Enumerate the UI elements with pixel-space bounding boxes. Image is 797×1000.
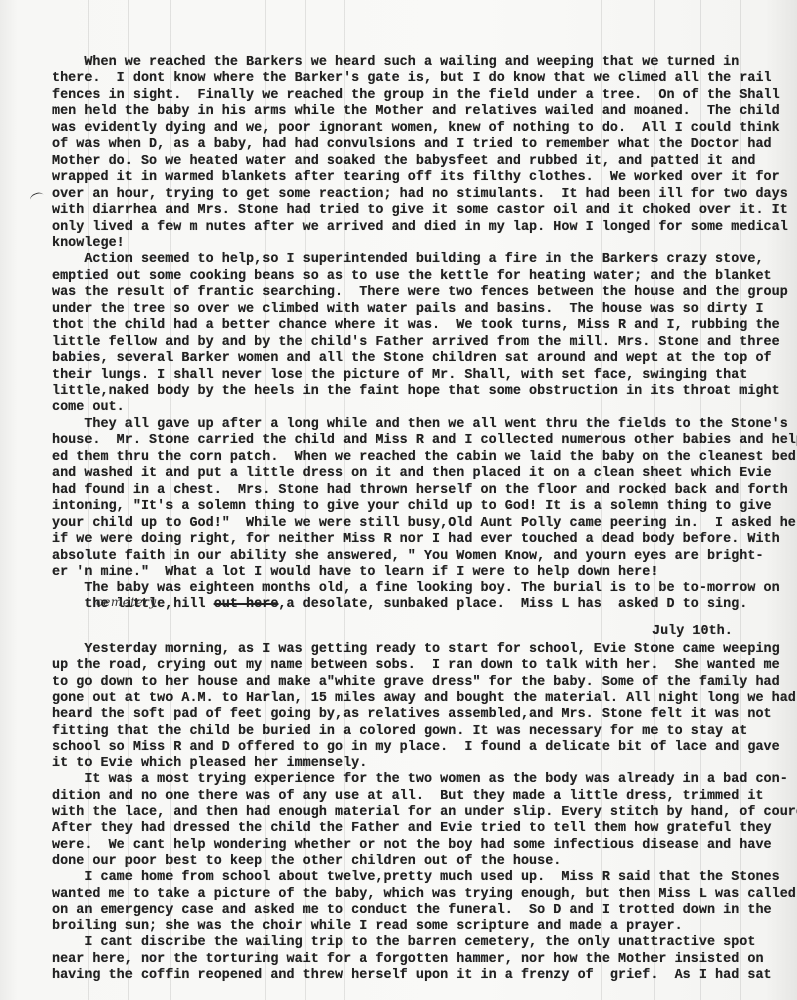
date-heading: July 10th. [652,624,733,640]
text-line: er 'n mine." What a lot I would have to … [52,565,658,581]
text-line: over an hour, trying to get some reactio… [52,187,788,203]
text-line: there. I dont know where the Barker's ga… [52,71,772,87]
text-line: Action seemed to help,so I superintended… [52,252,764,268]
text-segment: ,a desolate, sunbaked place. Miss L has … [278,597,747,612]
text-line: wanted me to take a picture of the baby,… [52,887,796,903]
text-line: When we reached the Barkers we heard suc… [52,55,739,71]
text-line: your child up to God!" While we were sti… [52,516,797,532]
text-line: gone out at two A.M. to Harlan, 15 miles… [52,691,796,707]
text-line: broiling sun; she was the choir while I … [52,919,683,935]
text-line: their lungs. I shall never lose the pict… [52,368,747,384]
text-line: knowlege! [52,236,125,252]
text-line: dition and no one there was of any use a… [52,789,764,805]
text-line: intoning, "It's a solemn thing to give y… [52,499,772,515]
text-line: It was a most trying experience for the … [52,772,788,788]
text-line: little,naked body by the heels in the fa… [52,384,780,400]
text-line: was the result of frantic searching. The… [52,285,788,301]
text-line: was evidently dying and we, poor ignoran… [52,121,780,137]
text-line: school so Miss R and D offered to go in … [52,740,780,756]
text-line: of was when D, as a baby, had had convul… [52,137,772,153]
text-line: were. We cant help wondering whether or … [52,838,772,854]
text-line: it to Evie which pleased her immensely. [52,756,367,772]
text-line: men held the baby in his arms while the … [52,104,780,120]
text-line: emptied out some cooking beans so as to … [52,269,772,285]
text-line: fences in sight. Finally we reached the … [52,88,780,104]
text-line: only lived a few m nutes after we arrive… [52,220,788,236]
text-line: near here, nor the torturing wait for a … [52,952,764,968]
text-line: on an emergency case and asked me to con… [52,903,772,919]
text-line: to go down to her house and make a"white… [52,675,780,691]
text-line: thot the child had a better chance where… [52,318,780,334]
text-line: come out. [52,400,125,416]
text-line: heard the soft pad of feet going by,as r… [52,707,772,723]
margin-mark [29,191,45,204]
text-line: They all gave up after a long while and … [52,417,788,433]
text-line: little fellow and by and by the child's … [52,335,780,351]
text-line: wrapped it in warmed blankets after tear… [52,170,780,186]
text-line: fitting that the child be buried in a co… [52,724,747,740]
struck-text: out here [214,597,279,612]
text-line: I cant discribe the wailing trip to the … [52,935,755,951]
text-line: and washed it and put a little dress on … [52,466,772,482]
text-line: Mother do. So we heated water and soaked… [52,154,755,170]
text-line: After they had dressed the child the Fat… [52,821,772,837]
document-page: When we reached the Barkers we heard suc… [0,0,797,1000]
text-line: up the road, crying out my name between … [52,658,780,674]
text-line: had found in a chest. Mrs. Stone had thr… [52,483,788,499]
handwritten-insert: cemetery [96,595,157,609]
text-line: with the lace, and then had enough mater… [52,805,797,821]
text-line: under the tree so over we climbed with w… [52,302,764,318]
text-line: Yesterday morning, as I was getting read… [52,642,780,658]
text-line: having the coffin reopened and threw her… [52,968,772,984]
text-line: if we were doing right, for neither Miss… [52,532,780,548]
text-line: done our poor best to keep the other chi… [52,854,561,870]
text-line: ed them thru the corn patch. When we rea… [52,450,796,466]
text-line: I came home from school about twelve,pre… [52,870,780,886]
text-line: babies, several Barker women and all the… [52,351,772,367]
text-line: house. Mr. Stone carried the child and M… [52,433,797,449]
text-line: absolute faith in our ability she answer… [52,549,764,565]
text-line: with diarrhea and Mrs. Stone had tried t… [52,203,788,219]
